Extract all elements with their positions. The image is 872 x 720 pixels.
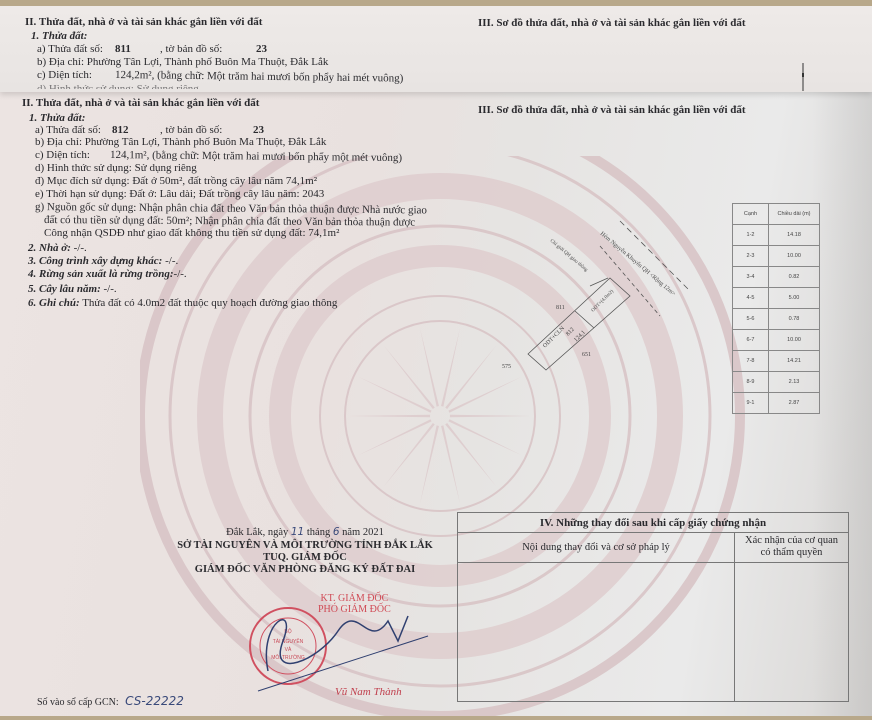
edge-length-table: CạnhChiều dài (m)1-214.182-310.003-40.82… (732, 203, 820, 414)
edge-id: 9-1 (733, 393, 769, 414)
table-row: 1-214.18 (733, 225, 820, 246)
edge-id: 5-6 (733, 309, 769, 330)
table-row: 5-60.78 (733, 309, 820, 330)
road-label: Hẻm Nguyễn Khuyến QH <Rộng 12m> (599, 230, 678, 298)
authority-column-header: Xác nhận của cơ quan có thẩm quyền (735, 533, 848, 562)
signature-block: Đắk Lắk, ngày 11 tháng 6 năm 2021 SỞ TÀI… (165, 526, 445, 575)
register-value: CS-22222 (125, 694, 184, 708)
perennial-label: 5. Cây lâu năm: (28, 283, 101, 295)
edge-length: 0.82 (769, 267, 820, 288)
neighbor-575: 575 (502, 364, 511, 370)
note-label: 6. Ghi chú: (28, 297, 80, 309)
svg-text:MÔI TRƯỜNG: MÔI TRƯỜNG (271, 654, 305, 661)
edge-id: 8-9 (733, 372, 769, 393)
section-ii-heading-main: II. Thửa đất, nhà ở và tài sản khác gắn … (22, 97, 259, 109)
authority-header-line-2: có thẩm quyền (735, 547, 848, 559)
authority-header-line-1: Xác nhận của cơ quan (735, 535, 848, 547)
parcel-number: 812 (112, 124, 129, 136)
edge-length: 14.21 (769, 351, 820, 372)
table-row: 4-55.00 (733, 288, 820, 309)
section-iii-heading-main: III. Sơ đồ thửa đất, nhà ở và tài sản kh… (478, 104, 746, 116)
date-prefix: Đắk Lắk, ngày (226, 527, 288, 538)
area-label: c) Diện tích: (35, 149, 90, 161)
org-name: SỞ TÀI NGUYÊN VÀ MÔI TRƯỜNG TỈNH ĐẮK LẮK (165, 540, 445, 551)
edge-table-header: CạnhChiều dài (m) (733, 204, 820, 225)
table-row: 6-710.00 (733, 330, 820, 351)
edge-length: 2.87 (769, 393, 820, 414)
changes-cell (458, 563, 735, 701)
boundary-label: Chỉ giới QH giao thông (549, 239, 589, 274)
signer-name: Vũ Nam Thành (335, 686, 402, 698)
edge-id: 6-7 (733, 330, 769, 351)
forest-value: -/-. (174, 268, 187, 280)
parcel-subheading-main: 1. Thửa đất: (29, 112, 85, 124)
year: năm 2021 (342, 527, 384, 538)
edge-length: 2.13 (769, 372, 820, 393)
edge-id: 3-4 (733, 267, 769, 288)
register-number: Số vào sổ cấp GCN: CS-22222 (37, 694, 184, 708)
edge-header: Cạnh (733, 204, 769, 225)
edge-length: 14.18 (769, 225, 820, 246)
neighbor-811: 811 (556, 305, 565, 311)
certificate-page: II. Thửa đất, nhà ở và tài sản khác gắn … (0, 6, 872, 716)
usage-form: d) Hình thức sử dụng: Sử dụng riêng (35, 162, 197, 174)
construction-value: -/-. (162, 255, 178, 267)
origin-line-3: Công nhận QSDĐ như giao đất không thu ti… (44, 227, 339, 239)
svg-text:TÀI NGUYÊN: TÀI NGUYÊN (273, 637, 304, 645)
edge-length: 0.78 (769, 309, 820, 330)
forest-label: 4. Rừng sản xuất là rừng trồng: (28, 268, 174, 280)
register-label: Số vào sổ cấp GCN: (37, 697, 119, 708)
parcel-number-label: a) Thửa đất số: (35, 124, 101, 136)
edge-id: 7-8 (733, 351, 769, 372)
usage-purpose: đ) Mục đích sử dụng: Đất ở 50m², đất trồ… (35, 175, 317, 187)
map-number: 23 (253, 124, 264, 136)
usage-term: e) Thời hạn sử dụng: Đất ở: Lâu dài; Đất… (35, 188, 324, 200)
table-row: 2-310.00 (733, 246, 820, 267)
construction-label: 3. Công trình xây dựng khác: (28, 255, 162, 267)
edge-length: 10.00 (769, 246, 820, 267)
table-row: 3-40.82 (733, 267, 820, 288)
parcel-diagram: Hẻm Nguyễn Khuyến QH <Rộng 12m> Chỉ giới… (490, 216, 710, 386)
svg-text:VÀ: VÀ (285, 646, 292, 653)
changes-column-header: Nội dung thay đổi và cơ sở pháp lý (458, 533, 735, 562)
table-row: 8-92.13 (733, 372, 820, 393)
changes-table: IV. Những thay đổi sau khi cấp giấy chứn… (457, 512, 849, 702)
edge-id: 1-2 (733, 225, 769, 246)
tuq-title: TUQ. GIÁM ĐỐC (165, 552, 445, 563)
edge-length: 5.00 (769, 288, 820, 309)
edge-id: 4-5 (733, 288, 769, 309)
neighbor-651: 651 (582, 352, 591, 358)
parcel-area-diagram: 124,1 (573, 330, 587, 344)
month-prefix: tháng (307, 527, 330, 538)
section-iv-heading: IV. Những thay đổi sau khi cấp giấy chứn… (458, 513, 848, 533)
table-row: 7-814.21 (733, 351, 820, 372)
table-row: 9-12.87 (733, 393, 820, 414)
house-label: 2. Nhà ở: (28, 242, 71, 254)
date-day: 11 (291, 526, 304, 538)
office-title: GIÁM ĐỐC VĂN PHÒNG ĐĂNG KÝ ĐẤT ĐAI (165, 564, 445, 575)
house-value: -/-. (71, 242, 87, 254)
note-value: Thửa đất có 4.0m2 đất thuộc quy hoạch đư… (80, 297, 338, 309)
parcel-number-diagram: 812 (565, 327, 576, 338)
length-header: Chiều dài (m) (769, 204, 820, 225)
edge-length: 10.00 (769, 330, 820, 351)
edge-id: 2-3 (733, 246, 769, 267)
perennial-value: -/-. (101, 283, 117, 295)
date-month: 6 (333, 526, 340, 538)
address: b) Địa chỉ: Phường Tân Lợi, Thành phố Bu… (35, 136, 326, 148)
map-number-label: , tờ bản đồ số: (160, 124, 222, 136)
